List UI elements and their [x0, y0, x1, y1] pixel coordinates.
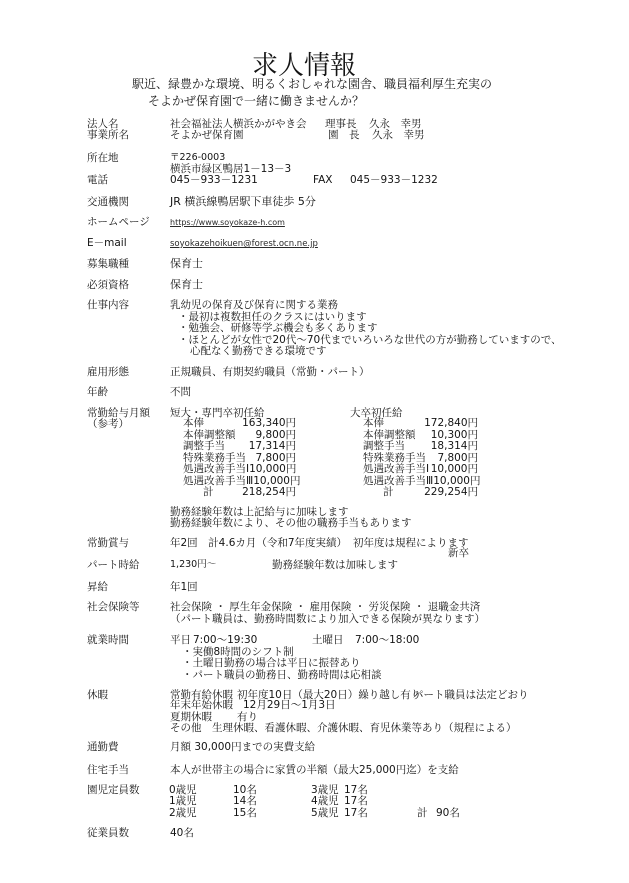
insurance-label: 社会保険等	[87, 601, 140, 613]
employment-type-label: 雇用形態	[87, 366, 129, 378]
salary-amount: 10,000円	[431, 464, 478, 476]
capacity-age: 4歳児	[311, 795, 339, 807]
salary-row: 処遇改善手当Ⅰ10,000円	[363, 464, 478, 476]
hours-label: 就業時間	[87, 634, 129, 646]
salary-note: 勤務経験年数により、その他の職務手当もあります	[170, 517, 412, 529]
capacity-total: 90名	[436, 807, 460, 819]
other-leave: その他 生理休暇、看護休暇、介護休暇、育児休業等あり（規程による）	[170, 722, 517, 734]
homepage-link[interactable]: https://www.soyokaze-h.com	[170, 218, 285, 228]
salary-item: 処遇改善手当Ⅰ	[183, 464, 249, 476]
access-value: JR 横浜線鴨居駅下車徒歩 5分	[170, 196, 316, 208]
weekday-hours: 7:00～19:30	[193, 634, 257, 646]
job-description-bullet: ・勉強会、研修等学ぶ機会も多くあります	[178, 322, 378, 334]
salary-amount: 10,000円	[249, 464, 296, 476]
salary-amount: 172,840円	[424, 418, 478, 430]
salary-row: 調整手当17,314円	[183, 441, 296, 453]
employees-value: 40名	[170, 827, 194, 839]
job-description-line: 心配なく勤務できる環境です	[190, 345, 327, 357]
director-role: 園 長	[328, 129, 360, 141]
office-label: 事業所名	[87, 129, 129, 141]
salary-row: 本俸172,840円	[363, 418, 478, 430]
qualification-label: 必須資格	[87, 279, 129, 291]
hours-bullet: ・土曜日勤務の場合は平日に振替あり	[182, 657, 361, 669]
capacity-count: 17名	[344, 795, 368, 807]
salary-item: 調整手当	[363, 441, 405, 453]
capacity-count: 14名	[233, 795, 257, 807]
part-wage-note: 勤務経験年数は加味します	[272, 559, 398, 571]
commute-value: 月額 30,000円までの実費支給	[170, 741, 315, 753]
weekday-label: 平日	[170, 634, 191, 646]
phone-label: 電話	[87, 174, 108, 186]
job-type-label: 募集職種	[87, 258, 129, 270]
subtitle-line-2: そよかぜ保育園で一緒に働きませんか？	[148, 94, 364, 108]
holidays-label: 休暇	[87, 689, 108, 701]
job-type-value: 保育士	[170, 258, 203, 270]
capacity-total-label: 計	[417, 807, 428, 819]
salary-row: 処遇改善手当Ⅰ10,000円	[183, 464, 296, 476]
age-label: 年齢	[87, 386, 108, 398]
part-wage-value: 1,230円～	[170, 559, 216, 571]
email-label: E－mail	[87, 237, 127, 249]
hours-bullet: ・パート職員の勤務日、勤務時間は応相談	[182, 669, 382, 681]
raise-label: 昇給	[87, 581, 108, 593]
homepage-label: ホームページ	[87, 216, 150, 228]
salary-row: 調整手当18,314円	[363, 441, 478, 453]
job-description-label: 仕事内容	[87, 299, 129, 311]
fax-label: FAX	[313, 174, 332, 186]
salary-total-label: 計	[183, 487, 214, 499]
age-value: 不問	[170, 386, 191, 398]
salary-total-row: 計229,254円	[363, 487, 478, 499]
salary-junior-table: 本俸163,340円 本俸調整額9,800円 調整手当17,314円 特殊業務手…	[183, 418, 296, 499]
qualification-value: 保育士	[170, 279, 203, 291]
bonus-label: 常勤賞与	[87, 537, 129, 549]
housing-label: 住宅手当	[87, 764, 129, 776]
salary-university-table: 本俸172,840円 本俸調整額10,300円 調整手当18,314円 特殊業務…	[363, 418, 478, 499]
salary-item: 処遇改善手当Ⅰ	[363, 464, 429, 476]
salary-total-label: 計	[363, 487, 394, 499]
commute-label: 通勤費	[87, 741, 119, 753]
capacity-count: 15名	[233, 807, 257, 819]
capacity-age: 5歳児	[311, 807, 339, 819]
salary-amount: 163,340円	[242, 418, 296, 430]
employment-type-value: 正規職員、有期契約職員（常勤・パート）	[170, 366, 370, 378]
part-wage-label: パート時給	[87, 559, 140, 571]
job-description-line: 乳幼児の保育及び保育に関する業務	[170, 299, 338, 311]
office-value: そよかぜ保育園	[170, 129, 244, 141]
salary-item: 調整手当	[183, 441, 225, 453]
bonus-value: 年2回 計4.6カ月（令和7年度実績）	[170, 537, 347, 549]
director-name: 久永 幸男	[372, 129, 425, 141]
newyear-leave-value: 12月29日～1月3日	[243, 699, 336, 711]
capacity-age: 1歳児	[169, 795, 197, 807]
insurance-value: 社会保険 ・ 厚生年金保険 ・ 雇用保険 ・ 労災保険 ・ 退職金共済	[170, 601, 480, 613]
employees-label: 従業員数	[87, 827, 129, 839]
access-label: 交通機関	[87, 196, 129, 208]
salary-row: 本俸163,340円	[183, 418, 296, 430]
capacity-label: 園児定員数	[87, 784, 140, 796]
salary-total-amount: 218,254円	[242, 487, 296, 499]
capacity-count: 17名	[344, 807, 368, 819]
newyear-leave-label: 年末年始休暇	[170, 699, 233, 711]
paid-leave-part: パート職員は法定どおり	[413, 689, 529, 701]
insurance-note: （パート職員は、勤務時間数により加入できる保険が異なります）	[170, 613, 485, 625]
saturday-label: 土曜日	[312, 634, 344, 646]
salary-amount: 17,314円	[249, 441, 296, 453]
subtitle-line-1: 駅近、緑豊かな環境、明るくおしゃれな園舎、職員福利厚生充実の	[132, 77, 492, 91]
address-label: 所在地	[87, 152, 119, 164]
salary-total-row: 計218,254円	[183, 487, 296, 499]
raise-value: 年1回	[170, 581, 198, 593]
phone-value: 045－933－1231	[170, 174, 258, 186]
bonus-note-new-grad: 新卒	[448, 547, 469, 559]
capacity-age: 2歳児	[169, 807, 197, 819]
salary-total-amount: 229,254円	[424, 487, 478, 499]
salary-sublabel: （参考）	[87, 418, 129, 430]
housing-value: 本人が世帯主の場合に家賃の半額（最大25,000円迄）を支給	[170, 764, 459, 776]
salary-item: 本俸	[363, 418, 384, 430]
salary-item: 処遇改善手当Ⅲ	[363, 476, 433, 488]
saturday-hours: 7:00～18:00	[355, 634, 419, 646]
salary-amount: 18,314円	[431, 441, 478, 453]
email-link[interactable]: soyokazehoikuen@forest.ocn.ne.jp	[170, 239, 318, 249]
salary-item: 本俸	[183, 418, 204, 430]
fax-value: 045－933－1232	[350, 174, 438, 186]
